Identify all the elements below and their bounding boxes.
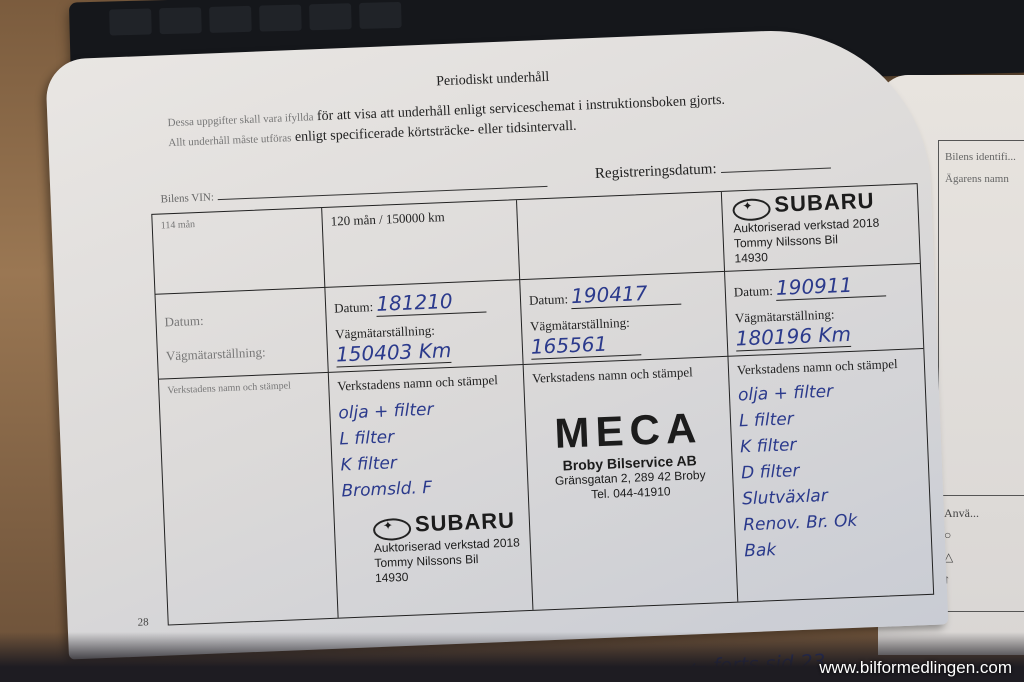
handwritten-odometer: 165561 <box>530 330 641 359</box>
workshop-cell-3: Verkstadens namn och stämpel MECA Broby … <box>524 357 739 610</box>
meca-stamp: MECA Broby Bilservice AB Gränsgatan 2, 2… <box>533 403 725 504</box>
date-odometer-cell-3: Datum: 190417 Vägmätarställning:165561 <box>520 272 728 365</box>
legend-box: Anvä... ○ △ ↑ <box>938 495 1024 596</box>
interval-cell-1: 114 mån <box>152 208 325 295</box>
handwritten-date: 181210 <box>376 287 487 316</box>
handwritten-odometer: 180196 Km <box>735 322 851 352</box>
vehicle-id-label: Bilens identifi... <box>939 141 1024 163</box>
registration-date-field: Registreringsdatum: <box>595 157 831 183</box>
arrow-up-icon: ↑ <box>944 568 1024 590</box>
page-title: Periodiskt underhåll <box>436 70 550 91</box>
workshop-cell-4: Verkstadens namn och stämpel olja + filt… <box>728 349 933 602</box>
header-stamp-subaru: SUBARU Auktoriserad verkstad 2018 Tommy … <box>722 184 920 272</box>
subaru-logo-icon <box>732 198 771 222</box>
owner-name-label: Ägarens namn <box>939 163 1024 185</box>
page-number: 28 <box>137 616 148 628</box>
intro-text: Dessa uppgifter skall vara ifyllda för a… <box>167 83 908 153</box>
date-odometer-cell-4: Datum: 190911 Vägmätarställning:180196 K… <box>725 264 923 357</box>
legend-title: Anvä... <box>944 502 1024 524</box>
handwritten-date: 190911 <box>776 271 887 300</box>
handwritten-date: 190417 <box>571 280 682 309</box>
workshop-cell-1: Verkstadens namn och stämpel <box>159 373 339 625</box>
triangle-icon: △ <box>944 546 1024 568</box>
service-notes: olja + filter L filter K filter Bromsld.… <box>338 393 520 504</box>
service-notes: olja + filter L filter K filter D filter… <box>737 375 923 564</box>
watermark: www.bilformedlingen.com <box>819 658 1012 678</box>
subaru-stamp: SUBARU Auktoriserad verkstad 2018 Tommy … <box>342 507 523 587</box>
date-odometer-cell-2: Datum: 181210 Vägmätarställning:150403 K… <box>325 280 523 373</box>
service-booklet-page: Periodiskt underhåll Dessa uppgifter ska… <box>45 25 948 660</box>
circle-icon: ○ <box>944 524 1024 546</box>
service-table: 114 mån 120 mån / 150000 km SUBARU Aukto… <box>151 183 934 625</box>
date-odometer-cell-1: Datum: Vägmätarställning: <box>156 288 329 380</box>
interval-cell-3 <box>517 192 725 280</box>
handwritten-odometer: 150403 Km <box>336 338 452 368</box>
interval-cell-2: 120 mån / 150000 km <box>322 200 520 288</box>
workshop-cell-2: Verkstadens namn och stämpel olja + filt… <box>329 365 534 618</box>
subaru-logo-icon <box>373 517 412 541</box>
